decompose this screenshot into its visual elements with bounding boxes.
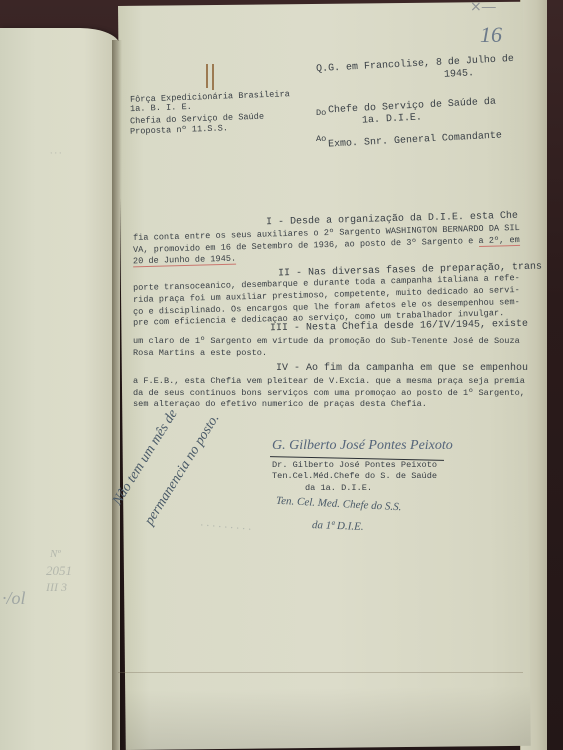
from-label: Do: [316, 108, 326, 119]
to-label: Ao: [316, 134, 326, 145]
staple-mark: [206, 64, 208, 88]
page-number-handwritten: 16: [480, 22, 502, 48]
paragraph-4-line-3: da de seus continuos bons serviços com u…: [133, 388, 525, 399]
lower-sheet-edge: [118, 672, 523, 673]
paragraph-4-line-2: a F.E.B., esta Chefia vem pleitear de V.…: [133, 376, 525, 387]
left-page-stamp-2: 2051: [46, 563, 72, 579]
handwritten-title-2: da 1ª D.I.E.: [312, 519, 364, 533]
left-page-stamp-3: III 3: [46, 580, 67, 595]
paragraph-3-line-3: Rosa Martins a este posto.: [133, 348, 267, 359]
page-shadow: [125, 686, 531, 750]
underlined-promotion: a 2º, em: [478, 235, 520, 247]
left-page-handwriting: ·/ol: [2, 588, 26, 609]
staple-mark: [212, 64, 214, 90]
spine-shadow: [112, 40, 122, 750]
handwritten-signature: G. Gilberto José Pontes Peixoto: [272, 438, 453, 454]
left-page-faint-mark: · · ·: [50, 148, 61, 158]
left-page: · · · Nº 2051 III 3 ·/ol: [0, 28, 120, 750]
paragraph-4-line-4: sem alteraçao do efetivo numerico de pra…: [133, 399, 427, 410]
place-date-year: 1945.: [444, 67, 475, 82]
pencil-mark: ⨯—: [470, 0, 496, 15]
left-page-stamp-1: Nº: [50, 548, 61, 560]
paragraph-3-line-2: um claro de 1º Sargento em virtude da pr…: [133, 336, 520, 347]
header-unit: 1a. B. I. E.: [130, 102, 192, 115]
signatory-title: Ten.Cel.Méd.Chefe do S. de Saúde: [272, 471, 437, 482]
signatory-unit: da 1a. D.I.E.: [305, 483, 372, 494]
signatory-name: Dr. Gilberto José Pontes Peixoto: [272, 460, 437, 471]
paragraph-4-line-1: IV - Ao fim da campanha em que se empenh…: [276, 362, 528, 375]
